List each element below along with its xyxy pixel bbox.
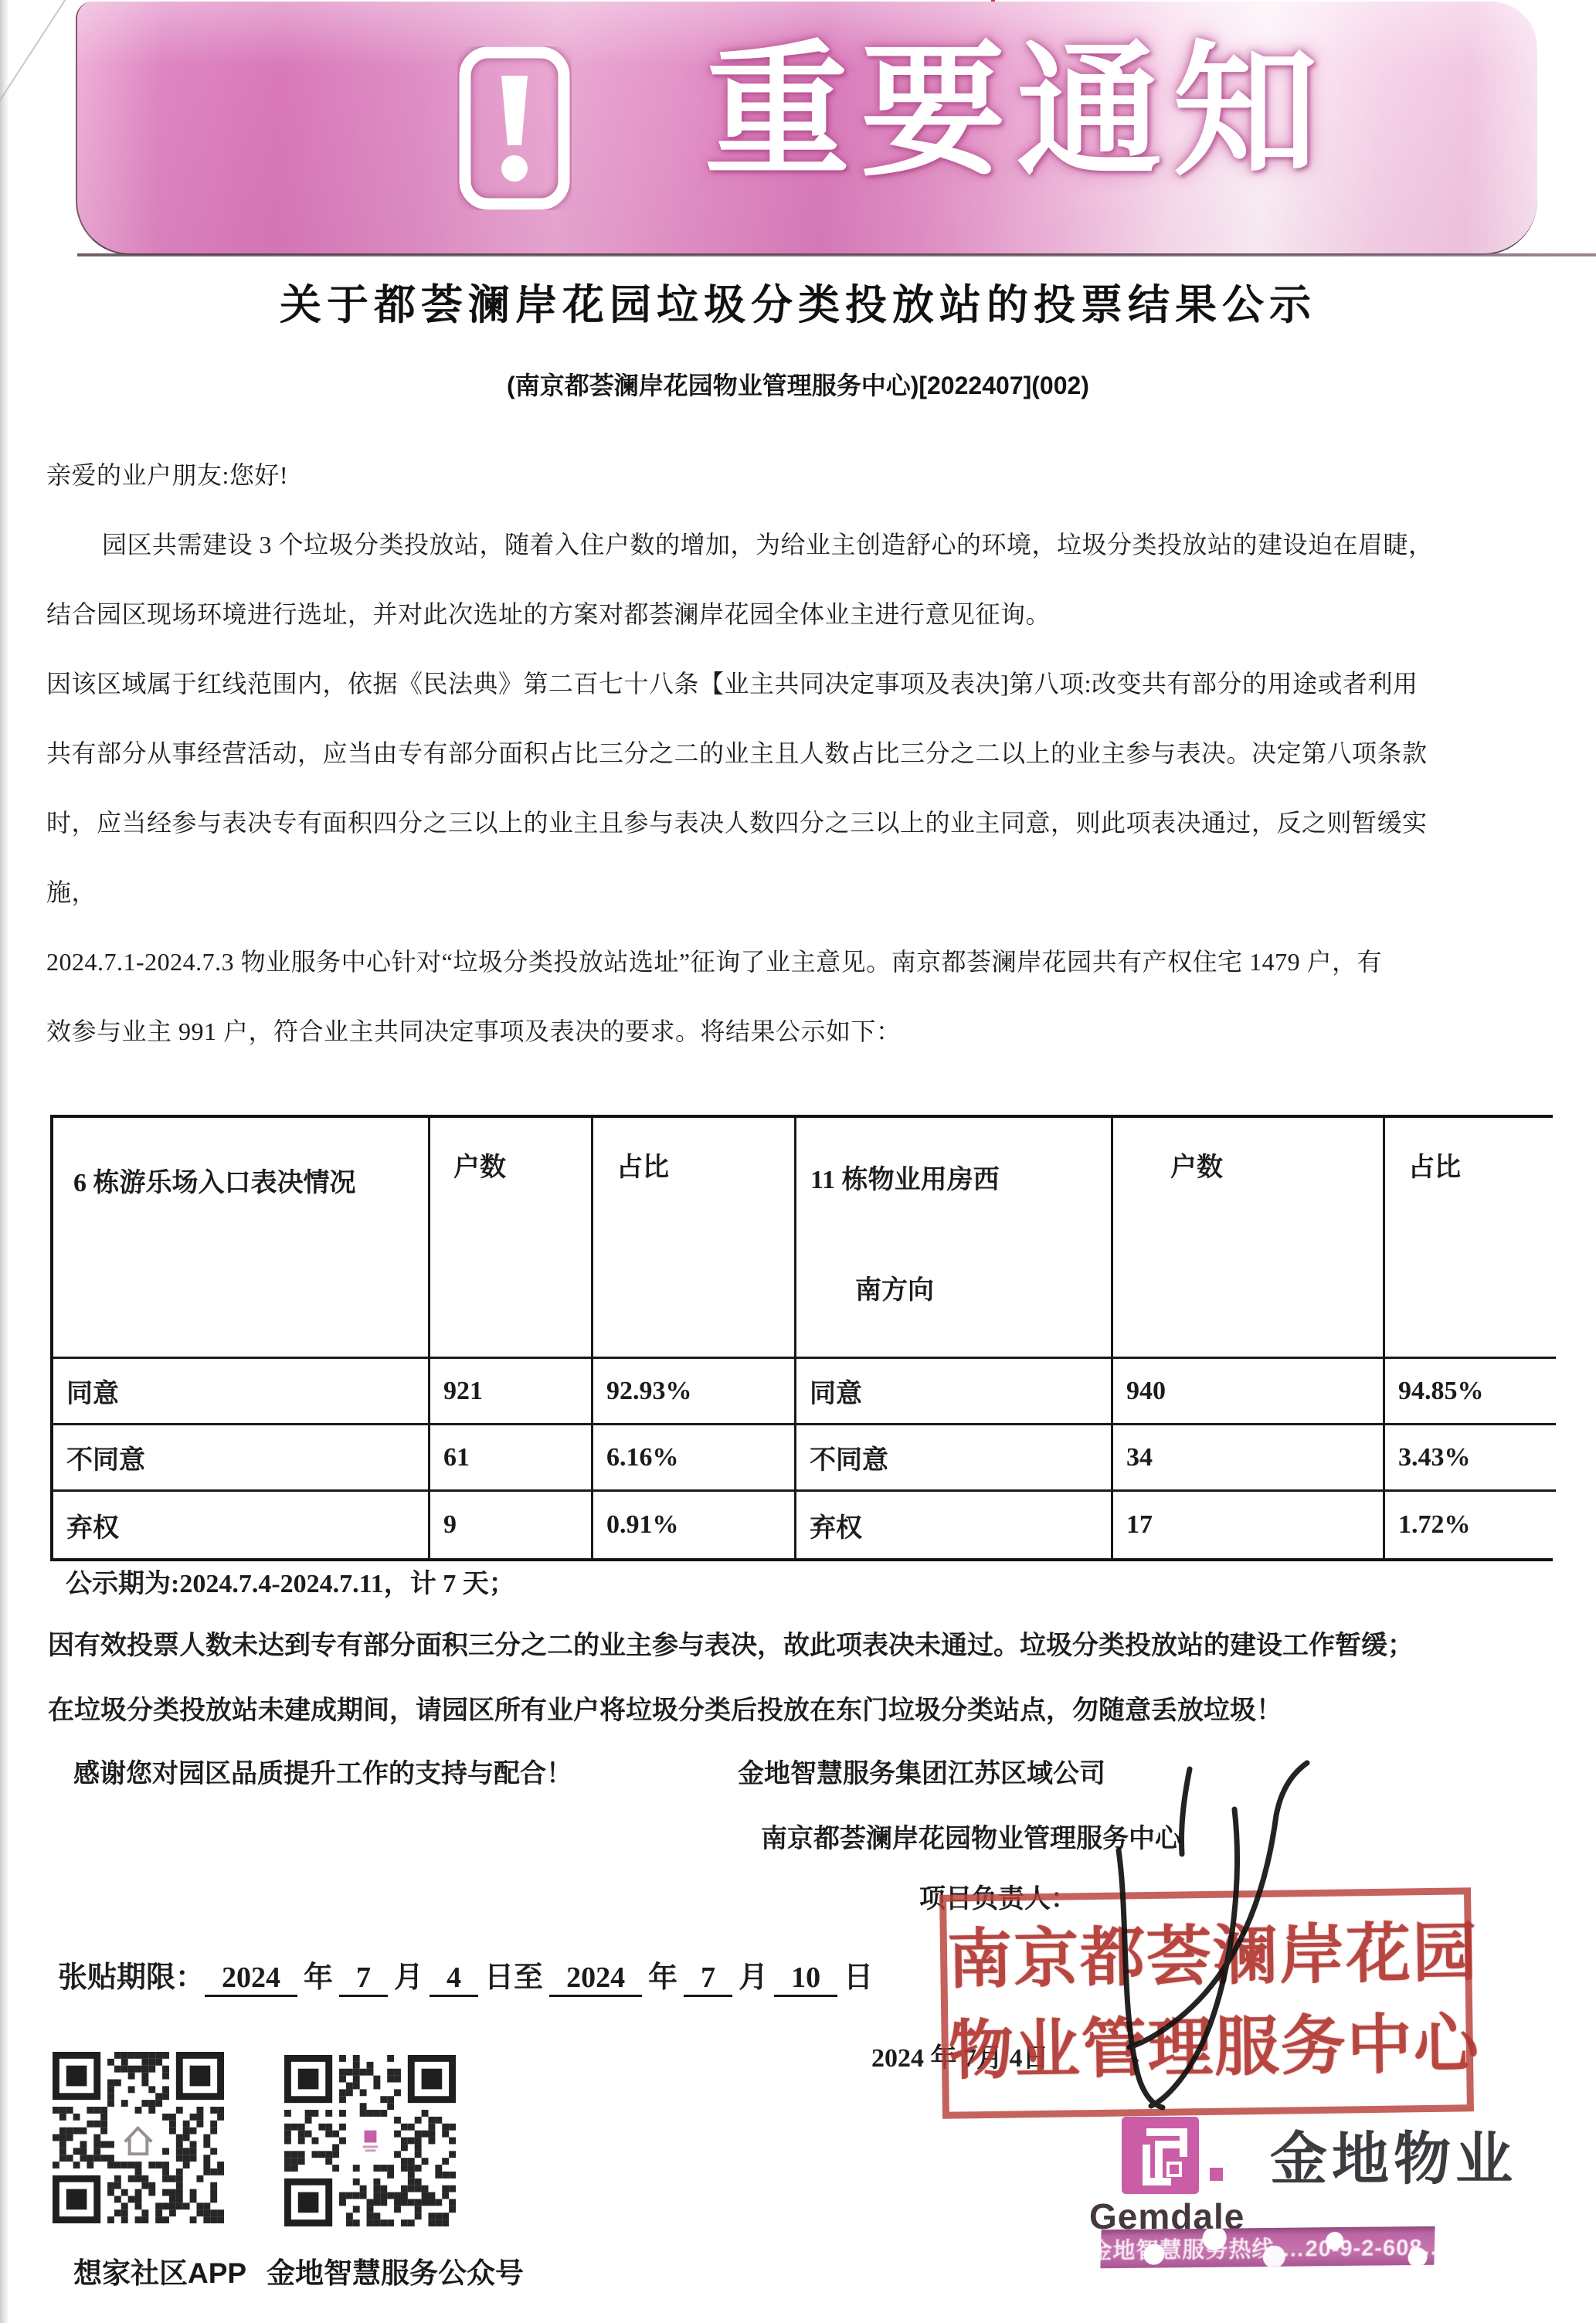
thanks-line: 感谢您对园区品质提升工作的支持与配合！ [73, 1752, 572, 1790]
handwritten-signature [1066, 1754, 1344, 2117]
important-notice-banner: 重要通知 [76, 2, 1537, 255]
table-cell: 61 [430, 1425, 593, 1492]
table-cell: 0.91% [593, 1492, 796, 1558]
table-header-households: 户数 [1113, 1118, 1385, 1359]
hotline-text: 金地智慧服务热线 …20-9-2-608… [1100, 2230, 1435, 2265]
publicity-period-note: 公示期为:2024.7.4-2024.7.11，计 7 天； [66, 1562, 515, 1600]
right-title-line1: 11 栋物业用房西 [810, 1158, 1111, 1196]
body-line: 结合园区现场环境进行选址，并对此次选址的方案对都荟澜岸花园全体业主进行意见征询。 [46, 578, 1553, 647]
gemdale-cn-wordmark: 金地物业 [1270, 2114, 1517, 2196]
table-cell: 921 [430, 1359, 593, 1425]
vote-results-table: 6 栋游乐场入口表决情况 户数 占比 11 栋物业用房西 南方向 户数 占比 同… [50, 1115, 1553, 1561]
table-header-ratio: 占比 [593, 1118, 796, 1359]
table-cell: 34 [1113, 1425, 1385, 1492]
table-cell: 不同意 [53, 1425, 430, 1492]
table-cell: 17 [1113, 1492, 1385, 1558]
interim-disposal-note: 在垃圾分类投放站未建成期间，请园区所有业户将垃圾分类后投放在东门垃圾分类站点，勿… [48, 1689, 1282, 1727]
posting-period-line: 张贴期限：2024年7月4日至2024年7月10日 [58, 1953, 879, 1997]
table-cell: 940 [1113, 1359, 1385, 1425]
page-subtitle: (南京都荟澜岸花园物业管理服务中心)[2022407](002) [0, 366, 1596, 402]
body-line: 亲爱的业户朋友:您好! [46, 439, 1553, 508]
right-title-line2: 南方向 [810, 1268, 1111, 1306]
table-cell: 弃权 [796, 1492, 1113, 1558]
gemdale-logo-icon [1122, 2117, 1199, 2194]
body-line: 因该区域属于红线范围内，依据《民法典》第二百七十八条【业主共同决定事项及表决]第… [46, 647, 1553, 717]
table-cell: 同意 [53, 1359, 430, 1425]
qr-right-label: 金地智慧服务公众号 [267, 2250, 524, 2291]
table-cell: 弃权 [53, 1492, 430, 1558]
table-cell: 同意 [796, 1359, 1113, 1425]
body-line: 时，应当经参与表决专有面积四分之三以上的业主且参与表决人数四分之三以上的业主同意… [46, 786, 1553, 856]
qr-code-community-app [53, 2052, 224, 2223]
body-line: 效参与业主 991 户，符合业主共同决定事项及表决的要求。将结果公示如下： [46, 995, 1553, 1065]
table-header-left-title: 6 栋游乐场入口表决情况 [53, 1118, 430, 1359]
table-cell: 9 [430, 1492, 593, 1558]
table-cell: 92.93% [593, 1359, 796, 1425]
body-text: 亲爱的业户朋友:您好! 园区共需建设 3 个垃圾分类投放站，随着入住户数的增加，… [46, 439, 1553, 1065]
banner-title: 重要通知 [705, 29, 1329, 193]
table-cell: 94.85% [1385, 1359, 1556, 1425]
body-line: 共有部分从事经营活动，应当由专有部分面积占比三分之二的业主且人数占比三分之二以上… [46, 717, 1553, 786]
body-line: 园区共需建设 3 个垃圾分类投放站，随着入住户数的增加，为给业主创造舒心的环境，… [46, 508, 1553, 578]
table-header-households: 户数 [430, 1118, 593, 1359]
posting-label: 张贴期限： [58, 1961, 205, 1994]
exclamation-icon [457, 46, 572, 210]
table-cell: 不同意 [796, 1425, 1113, 1492]
gemdale-logo-dot [1210, 2168, 1223, 2181]
scan-edge-shadow [0, 0, 9, 2323]
table-cell: 3.43% [1385, 1425, 1556, 1492]
table-cell: 1.72% [1385, 1492, 1556, 1558]
company-name: 金地智慧服务集团江苏区域公司 [738, 1752, 1105, 1790]
hotline-banner: 金地智慧服务热线 …20-9-2-608… [1100, 2226, 1435, 2269]
scanned-notice-page: 重要通知 关于都荟澜岸花园垃圾分类投放站的投票结果公示 (南京都荟澜岸花园物业管… [0, 0, 1596, 2323]
table-header-ratio: 占比 [1385, 1118, 1556, 1359]
body-line: 2024.7.1-2024.7.3 物业服务中心针对“垃圾分类投放站选址”征询了… [46, 925, 1553, 995]
qr-left-label: 想家社区APP [73, 2250, 246, 2291]
table-cell: 6.16% [593, 1425, 796, 1492]
table-header-right-title: 11 栋物业用房西 南方向 [796, 1118, 1113, 1359]
qr-code-service-account [284, 2055, 456, 2226]
banner-underline [77, 253, 1596, 256]
body-line: 施， [46, 856, 1553, 925]
scan-artifact-line [0, 0, 66, 128]
page-title: 关于都荟澜岸花园垃圾分类投放站的投票结果公示 [0, 272, 1596, 331]
vote-result-note: 因有效投票人数未达到专有部分面积三分之二的业主参与表决，故此项表决未通过。垃圾分… [48, 1624, 1414, 1662]
